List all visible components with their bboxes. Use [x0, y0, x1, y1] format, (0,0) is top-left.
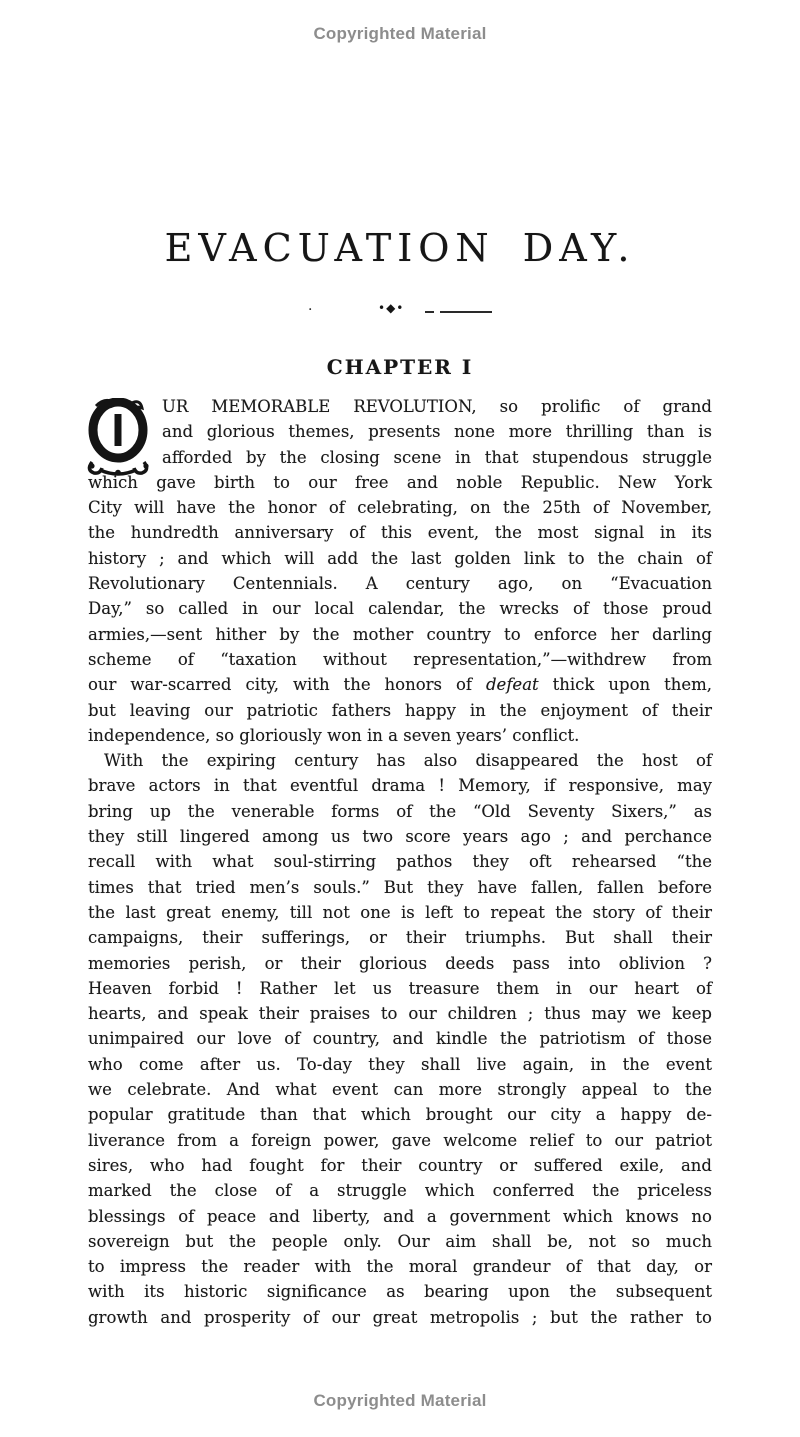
text-line: afforded by the closing scene in that st…	[88, 445, 712, 470]
dropcap-ornament-icon	[86, 398, 152, 478]
text-line: bring up the venerable forms of the “Old…	[88, 799, 712, 824]
text-line: the hundredth anniversary of this event,…	[88, 520, 712, 545]
text-line: UR MEMORABLE REVOLUTION, so prolific of …	[88, 394, 712, 419]
text-line: history ; and which will add the last go…	[88, 546, 712, 571]
text-line: armies,—sent hither by the mother countr…	[88, 622, 712, 647]
text-line: and glorious themes, presents none more …	[88, 419, 712, 444]
divider-dot-icon: ·	[308, 302, 312, 318]
text-line: times that tried men’s souls.” But they …	[88, 875, 712, 900]
text-line: independence, so gloriously won in a sev…	[88, 723, 712, 748]
text-line: brave actors in that eventful drama ! Me…	[88, 773, 712, 798]
text-line: who come after us. To-day they shall liv…	[88, 1052, 712, 1077]
chapter-heading: CHAPTER I	[0, 355, 800, 379]
text-line: they still lingered among us two score y…	[88, 824, 712, 849]
text-line: With the expiring century has also disap…	[88, 748, 712, 773]
page-title: EVACUATION DAY.	[0, 226, 800, 270]
text-line: campaigns, their sufferings, or their tr…	[88, 925, 712, 950]
body-text: UR MEMORABLE REVOLUTION, so prolific of …	[88, 394, 712, 1330]
divider-rule	[440, 311, 492, 313]
text-line: with its historic significance as bearin…	[88, 1279, 712, 1304]
text-line: sovereign but the people only. Our aim s…	[88, 1229, 712, 1254]
text-line: our war-scarred city, with the honors of…	[88, 672, 712, 697]
text-line: recall with what soul-stirring pathos th…	[88, 849, 712, 874]
text-line: but leaving our patriotic fathers happy …	[88, 698, 712, 723]
text-line: liverance from a foreign power, gave wel…	[88, 1128, 712, 1153]
text-line: hearts, and speak their praises to our c…	[88, 1001, 712, 1026]
text-line: blessings of peace and liberty, and a go…	[88, 1204, 712, 1229]
text-line: scheme of “taxation without representati…	[88, 647, 712, 672]
text-line: growth and prosperity of our great metro…	[88, 1305, 712, 1330]
text-line: Day,” so called in our local calendar, t…	[88, 596, 712, 621]
text-line: memories perish, or their glorious deeds…	[88, 951, 712, 976]
text-line: unimpaired our love of country, and kind…	[88, 1026, 712, 1051]
text-line: Heaven forbid ! Rather let us treasure t…	[88, 976, 712, 1001]
book-page: Copyrighted Material EVACUATION DAY. · •…	[0, 0, 800, 1437]
text-line: the last great enemy, till not one is le…	[88, 900, 712, 925]
text-line: to impress the reader with the moral gra…	[88, 1254, 712, 1279]
text-line: City will have the honor of celebrating,…	[88, 495, 712, 520]
title-divider: · •◆•	[0, 300, 800, 324]
text-line: sires, who had fought for their country …	[88, 1153, 712, 1178]
dropcap-initial	[86, 398, 152, 478]
divider-dash	[425, 311, 434, 313]
text-line: popular gratitude than that which brough…	[88, 1102, 712, 1127]
copyright-bottom-label: Copyrighted Material	[0, 1391, 800, 1411]
divider-ornament-icon: •◆•	[378, 301, 404, 315]
paragraph: UR MEMORABLE REVOLUTION, so prolific of …	[88, 394, 712, 748]
text-line: Revolutionary Centennials. A century ago…	[88, 571, 712, 596]
paragraph: With the expiring century has also disap…	[88, 748, 712, 1330]
text-line: we celebrate. And what event can more st…	[88, 1077, 712, 1102]
copyright-top-label: Copyrighted Material	[0, 24, 800, 44]
text-line: which gave birth to our free and noble R…	[88, 470, 712, 495]
text-line: marked the close of a struggle which con…	[88, 1178, 712, 1203]
